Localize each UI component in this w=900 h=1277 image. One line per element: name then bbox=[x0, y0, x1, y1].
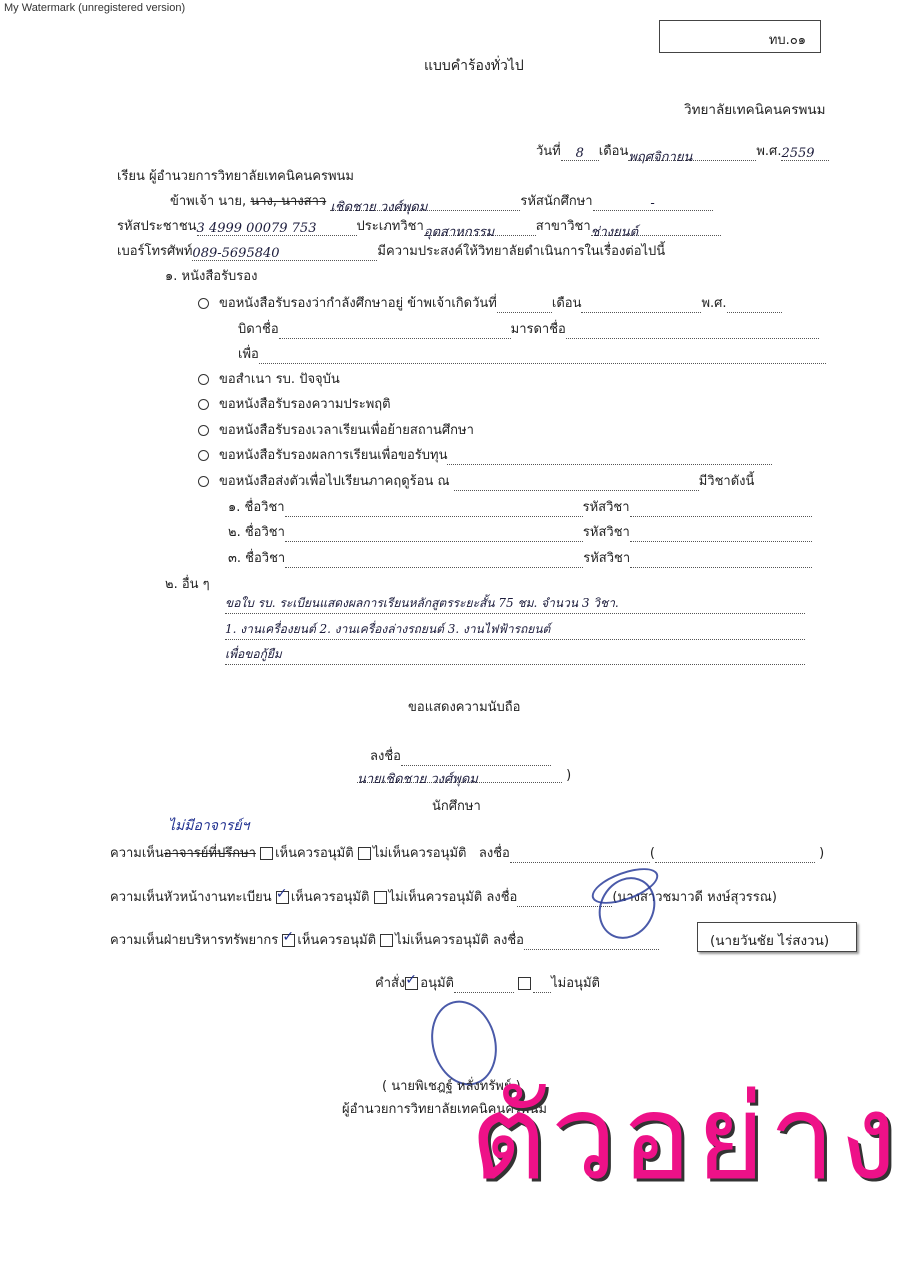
citizen-id-field[interactable]: 3 4999 00079 753 bbox=[197, 221, 357, 236]
subject-row: ๓. ชื่อวิชารหัสวิชา bbox=[228, 547, 812, 568]
option-scholarship-cert: ขอหนังสือรับรองผลการเรียนเพื่อขอรับทุน bbox=[198, 444, 772, 465]
sample-stamp: ตัวอย่าง bbox=[470, 1078, 900, 1196]
order-approve-checkbox[interactable] bbox=[405, 977, 418, 990]
form-title: แบบคำร้องทั่วไป bbox=[424, 55, 524, 77]
order-separator bbox=[533, 978, 551, 993]
year-label: พ.ศ. bbox=[756, 144, 781, 159]
subject-name-field[interactable] bbox=[285, 502, 583, 517]
birth-month-field[interactable] bbox=[581, 298, 701, 313]
option-radio[interactable] bbox=[198, 374, 209, 385]
name-field[interactable]: เชิดชาย วงศ์พุดม bbox=[330, 196, 520, 211]
month-label: เดือน bbox=[599, 144, 629, 159]
order-separator bbox=[454, 978, 514, 993]
summer-institution-field[interactable] bbox=[454, 476, 699, 491]
subject-code-field[interactable] bbox=[630, 502, 812, 517]
purpose-line: เพื่อ bbox=[238, 343, 826, 364]
struck-prefix: นาง, นางสาว bbox=[250, 194, 326, 209]
approve-checkbox[interactable] bbox=[282, 934, 295, 947]
institution-name: วิทยาลัยเทคนิคนครพนม bbox=[684, 98, 826, 120]
phone-field[interactable]: 089-5695840 bbox=[192, 246, 377, 261]
reject-checkbox[interactable] bbox=[358, 847, 371, 860]
order-row: คำสั่งอนุมัติ ไม่อนุมัติ bbox=[375, 972, 600, 993]
student-sign-line: ลงชื่อ bbox=[370, 745, 551, 766]
program-type-field[interactable]: อุตสาหกรรม bbox=[424, 221, 536, 236]
subject-row: ๑. ชื่อวิชารหัสวิชา bbox=[228, 496, 812, 517]
student-role: นักศึกษา bbox=[432, 795, 481, 816]
reject-checkbox[interactable] bbox=[374, 891, 387, 904]
option-radio[interactable] bbox=[198, 450, 209, 461]
other-request-line-3[interactable]: เพื่อขอกู้ยืม bbox=[225, 645, 805, 665]
day-field[interactable]: 8 bbox=[561, 146, 599, 161]
purpose-field[interactable] bbox=[259, 349, 826, 364]
advisor-signature-field[interactable] bbox=[510, 848, 650, 863]
option-radio[interactable] bbox=[198, 425, 209, 436]
phone-line: เบอร์โทรศัพท์089-5695840มีความประสงค์ให้… bbox=[117, 240, 665, 261]
registrar-approval-row: ความเห็นหัวหน้างานทะเบียน เห็นควรอนุมัติ… bbox=[110, 886, 777, 907]
advisor-approval-row: ความเห็นอาจารย์ที่ปรึกษา เห็นควรอนุมัติ … bbox=[110, 842, 824, 863]
citizen-line: รหัสประชาชน3 4999 00079 753ประเภทวิชาอุต… bbox=[117, 215, 721, 236]
option-transfer-cert: ขอหนังสือรับรองเวลาเรียนเพื่อย้ายสถานศึก… bbox=[198, 419, 474, 440]
option-radio[interactable] bbox=[198, 399, 209, 410]
option-radio[interactable] bbox=[198, 476, 209, 487]
advisor-handwritten-note: ไม่มีอาจารย์ฯ bbox=[168, 815, 249, 837]
option-transcript: ขอสำเนา รบ. ปัจจุบัน bbox=[198, 368, 340, 389]
subject-code-field[interactable] bbox=[630, 527, 812, 542]
advisor-name-field[interactable] bbox=[655, 848, 815, 863]
father-name-field[interactable] bbox=[279, 324, 511, 339]
resources-name-box: (นายวันชัย ไร่สงวน) bbox=[697, 922, 857, 952]
subject-code-field[interactable] bbox=[630, 553, 812, 568]
study-cert-radio[interactable] bbox=[198, 298, 209, 309]
section1-heading: ๑. หนังสือรับรอง bbox=[165, 265, 257, 286]
resources-approval-row: ความเห็นฝ่ายบริหารทรัพยากร เห็นควรอนุมัต… bbox=[110, 929, 659, 950]
birth-day-field[interactable] bbox=[497, 298, 552, 313]
approve-checkbox[interactable] bbox=[276, 891, 289, 904]
student-name-line: นายเชิดชาย วงศ์พุดม ) bbox=[357, 768, 571, 783]
approve-checkbox[interactable] bbox=[260, 847, 273, 860]
birth-year-field[interactable] bbox=[727, 298, 782, 313]
student-printed-name[interactable]: นายเชิดชาย วงศ์พุดม bbox=[357, 768, 562, 783]
month-field[interactable]: พฤศจิกายน bbox=[628, 146, 756, 161]
form-code-box: ทบ.๐๑ bbox=[659, 20, 821, 53]
other-request-line-1[interactable]: ขอใบ รบ. ระเบียนแสดงผลการเรียนหลักสูตรระ… bbox=[225, 594, 805, 614]
applicant-name-line: ข้าพเจ้า นาย, นาง, นางสาว เชิดชาย วงศ์พุ… bbox=[170, 190, 713, 211]
subject-name-field[interactable] bbox=[285, 553, 583, 568]
option-summer: ขอหนังสือส่งตัวเพื่อไปเรียนภาคฤดูร้อน ณ … bbox=[198, 470, 754, 491]
section2-heading: ๒. อื่น ๆ bbox=[165, 573, 210, 594]
student-signature-field[interactable] bbox=[401, 751, 551, 766]
student-id-field[interactable]: - bbox=[593, 196, 713, 211]
order-reject-checkbox[interactable] bbox=[518, 977, 531, 990]
subject-row: ๒. ชื่อวิชารหัสวิชา bbox=[228, 521, 812, 542]
day-label: วันที่ bbox=[536, 144, 561, 159]
resources-signature-field[interactable] bbox=[524, 935, 659, 950]
scholarship-field[interactable] bbox=[447, 450, 772, 465]
parents-line: บิดาชื่อมารดาชื่อ bbox=[238, 318, 819, 339]
mother-name-field[interactable] bbox=[566, 324, 819, 339]
other-request-line-2[interactable]: 1. งานเครื่องยนต์ 2. งานเครื่องล่างรถยนต… bbox=[225, 620, 805, 640]
year-field[interactable]: 2559 bbox=[781, 146, 829, 161]
addressee: เรียน ผู้อำนวยการวิทยาลัยเทคนิคนครพนม bbox=[117, 165, 354, 186]
option-conduct-cert: ขอหนังสือรับรองความประพฤติ bbox=[198, 393, 391, 414]
study-cert-option: ขอหนังสือรับรองว่ากำลังศึกษาอยู่ ข้าพเจ้… bbox=[198, 292, 782, 313]
closing-text: ขอแสดงความนับถือ bbox=[408, 696, 520, 717]
reject-checkbox[interactable] bbox=[380, 934, 393, 947]
date-line: วันที่8เดือนพฤศจิกายนพ.ศ.2559 bbox=[536, 140, 829, 161]
major-field[interactable]: ช่างยนต์ bbox=[591, 221, 721, 236]
watermark-text: My Watermark (unregistered version) bbox=[4, 2, 185, 14]
subject-name-field[interactable] bbox=[285, 527, 583, 542]
form-code: ทบ.๐๑ bbox=[769, 29, 806, 50]
